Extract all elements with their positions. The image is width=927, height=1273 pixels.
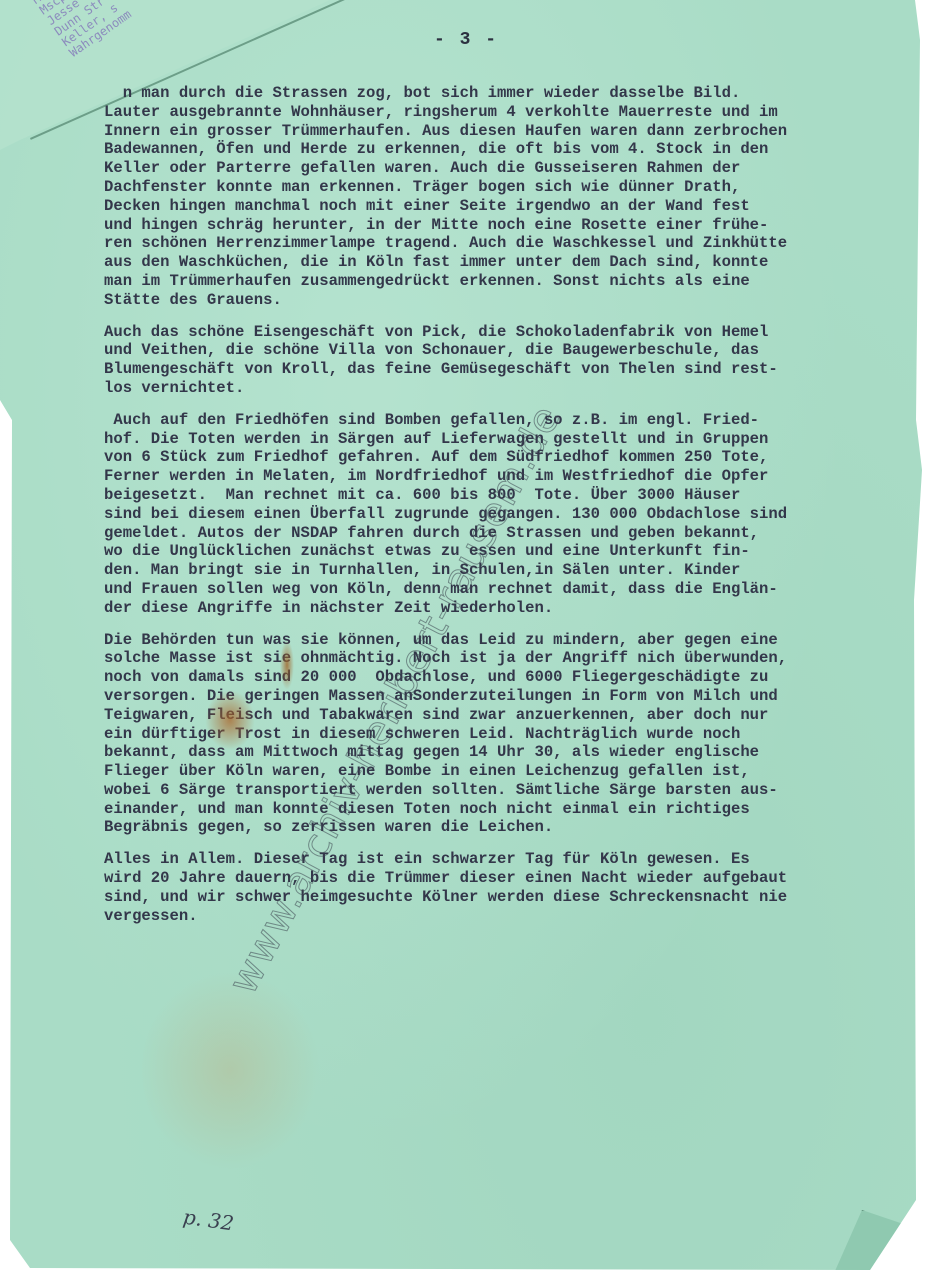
- text-line: Die Behörden tun was sie können, um das …: [104, 631, 924, 650]
- text-line: gemeldet. Autos der NSDAP fahren durch d…: [104, 524, 924, 543]
- paragraph-1: n man durch die Strassen zog, bot sich i…: [104, 84, 924, 310]
- text-line: und Frauen sollen weg von Köln, denn man…: [104, 580, 924, 599]
- text-line: wo die Unglücklichen zunächst etwas zu e…: [104, 542, 924, 561]
- paper-sheet: M Go Mscp Jesse Dunn Str Keller, s Wahrg…: [0, 0, 927, 1273]
- text-line: Lauter ausgebrannte Wohnhäuser, ringsher…: [104, 103, 924, 122]
- text-line: sind, und wir schwer heimgesuchte Kölner…: [104, 888, 924, 907]
- page-number: - 3 -: [434, 30, 498, 50]
- text-line: Blumengeschäft von Kroll, das feine Gemü…: [104, 360, 924, 379]
- paper-stain: [140, 970, 320, 1170]
- text-line: Dachfenster konnte man erkennen. Träger …: [104, 178, 924, 197]
- text-line: vergessen.: [104, 907, 924, 926]
- text-line: und hingen schräg herunter, in der Mitte…: [104, 216, 924, 235]
- text-line: los vernichtet.: [104, 379, 924, 398]
- text-line: und Veithen, die schöne Villa von Schona…: [104, 341, 924, 360]
- rust-stain: [205, 690, 255, 750]
- rust-stain: [280, 640, 294, 690]
- text-line: Alles in Allem. Dieser Tag ist ein schwa…: [104, 850, 924, 869]
- text-line: n man durch die Strassen zog, bot sich i…: [104, 84, 924, 103]
- text-line: Begräbnis gegen, so zerrissen waren die …: [104, 818, 924, 837]
- text-line: der diese Angriffe in nächster Zeit wied…: [104, 599, 924, 618]
- text-line: Innern ein grosser Trümmerhaufen. Aus di…: [104, 122, 924, 141]
- text-line: noch von damals sind 20 000 Obdachlose, …: [104, 668, 924, 687]
- text-line: wird 20 Jahre dauern, bis die Trümmer di…: [104, 869, 924, 888]
- text-line: wobei 6 Särge transportiert werden sollt…: [104, 781, 924, 800]
- text-line: Stätte des Grauens.: [104, 291, 924, 310]
- text-line: man im Trümmerhaufen zusammengedrückt er…: [104, 272, 924, 291]
- text-line: einander, und man konnte diesen Toten no…: [104, 800, 924, 819]
- paragraph-5: Alles in Allem. Dieser Tag ist ein schwa…: [104, 850, 924, 925]
- text-line: aus den Waschküchen, die in Köln fast im…: [104, 253, 924, 272]
- text-line: Decken hingen manchmal noch mit einer Se…: [104, 197, 924, 216]
- text-line: Badewannen, Öfen und Herde zu erkennen, …: [104, 140, 924, 159]
- text-line: solche Masse ist sie ohnmächtig. Noch is…: [104, 649, 924, 668]
- text-line: Keller oder Parterre gefallen waren. Auc…: [104, 159, 924, 178]
- text-line: Flieger über Köln waren, eine Bombe in e…: [104, 762, 924, 781]
- text-line: ren schönen Herrenzimmerlampe tragend. A…: [104, 234, 924, 253]
- text-line: Auch das schöne Eisengeschäft von Pick, …: [104, 323, 924, 342]
- text-line: den. Man bringt sie in Turnhallen, in Sc…: [104, 561, 924, 580]
- paragraph-2: Auch das schöne Eisengeschäft von Pick, …: [104, 323, 924, 398]
